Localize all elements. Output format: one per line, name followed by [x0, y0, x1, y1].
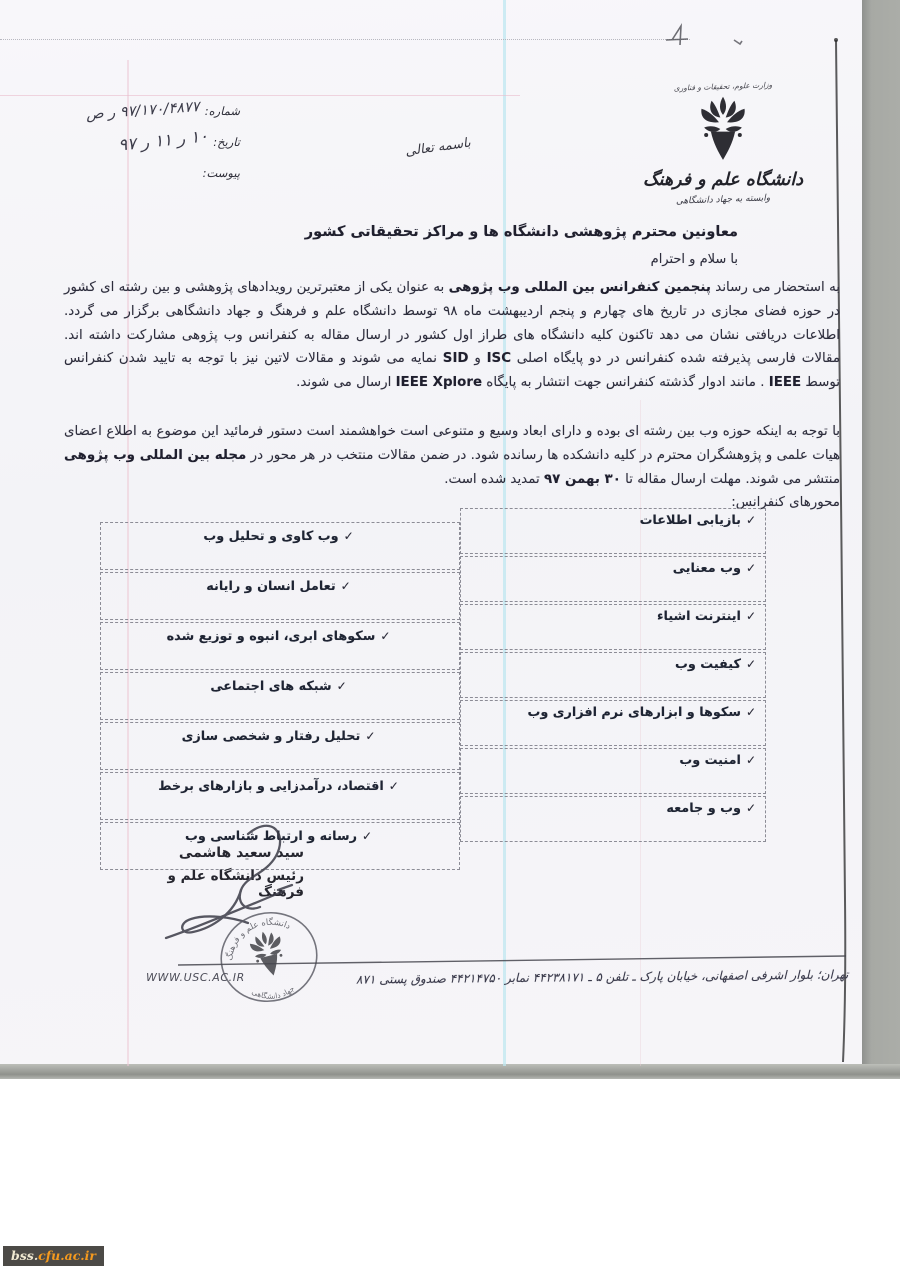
salutation-line: با سلام و احترام	[66, 252, 738, 267]
p1-bold-conference: پنجمین کنفرانس بین المللی وب پژوهی	[449, 280, 711, 295]
topic-cell: ✓امنیت وب	[460, 748, 766, 794]
footer-website: WWW.USC.AC.IR	[146, 971, 245, 984]
p2-bold-journal: مجله بین المللی وب پژوهی	[64, 448, 246, 463]
number-value: ۹۷/۱۷۰/۴۸۷۷ ر ص	[86, 99, 200, 123]
scanner-edge-strip	[862, 0, 900, 1078]
p1-seg: به استحضار می رساند	[711, 280, 840, 295]
field-date: تاریخ: ۱۰ ر ۱۱ ر ۹۷	[30, 131, 240, 150]
tulip-logo-icon	[684, 94, 762, 168]
topic-label: وب و جامعه	[666, 801, 741, 816]
p1-bold-ieee-xplore: IEEE Xplore	[396, 375, 482, 390]
checkmark-icon: ✓	[341, 579, 351, 593]
body-paragraph-1: به استحضار می رساند پنجمین کنفرانس بین ا…	[64, 276, 840, 395]
topic-label: کیفیت وب	[675, 657, 741, 672]
ministry-name: وزارت علوم، تحقیقات و فناوری	[628, 79, 818, 95]
checkmark-icon: ✓	[746, 753, 756, 767]
p1-bold-sid: SID	[443, 351, 469, 366]
topic-cell: ✓اقتصاد، درآمدزایی و بازارهای برخط	[100, 772, 460, 820]
footer-rule-line	[178, 953, 848, 967]
checkmark-icon: ✓	[746, 801, 756, 815]
checkmark-icon: ✓	[746, 513, 756, 527]
signatory-name: سید سعید هاشمی	[128, 845, 304, 861]
checkmark-icon: ✓	[362, 829, 372, 843]
p1-bold-isc: ISC	[487, 351, 511, 366]
topics-column-left: ✓وب کاوی و تحلیل وب ✓تعامل انسان و رایان…	[100, 522, 460, 872]
topic-cell: ✓سکوها و ابزارهای نرم افزاری وب	[460, 700, 766, 746]
footer-address: تهران؛ بلوار اشرفی اصفهانی، خیابان پارک …	[356, 967, 848, 986]
conference-topics-table: ✓بازیابی اطلاعات ✓وب معنایی ✓اینترنت اشی…	[100, 508, 766, 872]
letter-reference-fields: شماره: ۹۷/۱۷۰/۴۸۷۷ ر ص تاریخ: ۱۰ ر ۱۱ ر …	[30, 100, 240, 193]
checkmark-icon: ✓	[746, 657, 756, 671]
watermark-domain: cfu.ac.ir	[38, 1248, 96, 1263]
topic-label: رسانه و ارتباط شناسی وب	[185, 829, 357, 844]
p1-seg: و	[469, 351, 487, 366]
university-name: دانشگاه علم و فرهنگ	[628, 170, 818, 190]
checkmark-icon: ✓	[389, 779, 399, 793]
topic-cell: ✓وب معنایی	[460, 556, 766, 602]
p1-seg: . مانند ادوار گذشته کنفرانس جهت انتشار ب…	[482, 375, 769, 390]
recipient-line: معاونین محترم پژوهشی دانشگاه ها و مراکز …	[66, 224, 738, 240]
topic-cell: ✓سکوهای ابری، انبوه و توزیع شده	[100, 622, 460, 670]
watermark-prefix: bss.	[11, 1248, 38, 1263]
p2-seg: تمدید شده است.	[444, 472, 544, 487]
footer: تهران؛ بلوار اشرفی اصفهانی، خیابان پارک …	[146, 970, 848, 984]
topic-cell: ✓وب کاوی و تحلیل وب	[100, 522, 460, 570]
page-bottom-shadow	[0, 1064, 900, 1079]
topic-label: شبکه های اجتماعی	[210, 679, 331, 694]
topic-cell: ✓کیفیت وب	[460, 652, 766, 698]
p1-bold-ieee: IEEE	[769, 375, 801, 390]
checkmark-icon: ✓	[380, 629, 390, 643]
letterhead: وزارت علوم، تحقیقات و فناوری دانشگاه علم…	[628, 82, 818, 205]
checkmark-icon: ✓	[746, 609, 756, 623]
topic-label: اقتصاد، درآمدزایی و بازارهای برخط	[158, 779, 384, 794]
topic-cell: ✓شبکه های اجتماعی	[100, 672, 460, 720]
p2-bold-deadline: ۳۰ بهمن ۹۷	[544, 472, 621, 487]
attachment-label: پیوست:	[203, 166, 240, 180]
signature-block: سید سعید هاشمی رئیس دانشگاه علم و فرهنگ	[128, 845, 304, 900]
topic-cell: ✓اینترنت اشیاء	[460, 604, 766, 650]
topic-cell: ✓بازیابی اطلاعات	[460, 508, 766, 554]
p2-seg: منتشر می شوند. مهلت ارسال مقاله تا	[621, 472, 840, 487]
perforation-dotted-line	[0, 39, 690, 40]
field-number: شماره: ۹۷/۱۷۰/۴۸۷۷ ر ص	[30, 100, 240, 119]
scanned-letter-page: شماره: ۹۷/۱۷۰/۴۸۷۷ ر ص تاریخ: ۱۰ ر ۱۱ ر …	[0, 0, 900, 1273]
field-attachment: پیوست:	[30, 162, 240, 181]
scan-artifact-line	[0, 95, 520, 96]
topic-label: بازیابی اطلاعات	[640, 513, 741, 528]
date-label: تاریخ:	[213, 135, 240, 149]
date-value: ۱۰ ر ۱۱ ر ۹۷	[117, 126, 209, 154]
topic-label: وب معنایی	[673, 561, 741, 576]
topic-label: امنیت وب	[679, 753, 741, 768]
topic-label: تعامل انسان و رایانه	[206, 579, 335, 594]
checkmark-icon: ✓	[746, 561, 756, 575]
topics-column-right: ✓بازیابی اطلاعات ✓وب معنایی ✓اینترنت اشی…	[460, 508, 766, 872]
watermark-badge: bss.cfu.ac.ir	[3, 1246, 104, 1266]
number-label: شماره:	[205, 104, 240, 118]
pen-mark-icon	[650, 18, 770, 58]
topic-label: وب کاوی و تحلیل وب	[203, 529, 338, 544]
checkmark-icon: ✓	[365, 729, 375, 743]
checkmark-icon: ✓	[344, 529, 354, 543]
university-logo	[684, 94, 762, 168]
checkmark-icon: ✓	[337, 679, 347, 693]
body-paragraph-2: با توجه به اینکه حوزه وب بین رشته ای بود…	[64, 420, 840, 515]
topic-label: سکوهای ابری، انبوه و توزیع شده	[167, 629, 376, 644]
checkmark-icon: ✓	[746, 705, 756, 719]
topic-label: اینترنت اشیاء	[657, 609, 741, 624]
topic-cell: ✓تحلیل رفتار و شخصی سازی	[100, 722, 460, 770]
signatory-title: رئیس دانشگاه علم و فرهنگ	[128, 868, 304, 900]
topic-cell: ✓تعامل انسان و رایانه	[100, 572, 460, 620]
topic-label: تحلیل رفتار و شخصی سازی	[182, 729, 361, 744]
topic-label: سکوها و ابزارهای نرم افزاری وب	[528, 705, 741, 720]
p1-seg: ارسال می شوند.	[296, 375, 395, 390]
topic-cell: ✓وب و جامعه	[460, 796, 766, 842]
